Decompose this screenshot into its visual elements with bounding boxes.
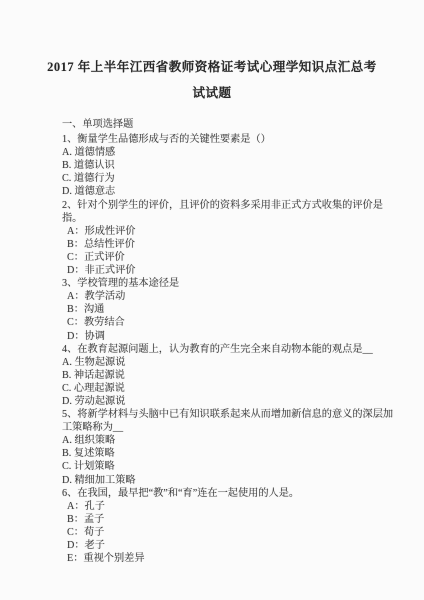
document-title: 2017 年上半年江西省教师资格证考试心理学知识点汇总考 试试题 xyxy=(0,0,424,106)
question-2-option-b: B：总结性评价 xyxy=(62,238,394,251)
question-6: 6、在我国，最早把“教”和“育”连在一起使用的人是。 A：孔子 B：孟子 C：荀… xyxy=(62,487,394,566)
question-2: 2、针对个别学生的评价，且评价的资料多采用非正式方式收集的评价是指。 A：形成性… xyxy=(62,199,394,278)
question-2-option-a: A：形成性评价 xyxy=(62,225,394,238)
question-5-option-a: A. 组织策略 xyxy=(62,434,394,447)
title-line-1: 2017 年上半年江西省教师资格证考试心理学知识点汇总考 xyxy=(0,54,424,80)
question-3: 3、学校管理的基本途径是 A：教学活动 B：沟通 C：教劳结合 D：协调 xyxy=(62,277,394,342)
question-4: 4、在教育起源问题上，认为教育的产生完全来自动物本能的观点是__ A. 生物起源… xyxy=(62,343,394,408)
question-2-option-c: C：正式评价 xyxy=(62,251,394,264)
question-1-option-a: A. 道德情感 xyxy=(62,146,394,159)
question-1-text: 1、衡量学生品德形成与否的关键性要素是（） xyxy=(62,133,394,146)
title-line-2: 试试题 xyxy=(0,80,424,106)
question-6-text: 6、在我国，最早把“教”和“育”连在一起使用的人是。 xyxy=(62,487,394,500)
question-5-text: 5、将新学材料与头脑中已有知识联系起来从而增加新信息的意义的深层加工策略称为__ xyxy=(62,408,394,434)
question-3-text: 3、学校管理的基本途径是 xyxy=(62,277,394,290)
question-6-option-a: A：孔子 xyxy=(62,500,394,513)
question-6-option-e: E：重视个别差异 xyxy=(62,552,394,565)
question-3-option-c: C：教劳结合 xyxy=(62,316,394,329)
question-3-option-b: B：沟通 xyxy=(62,303,394,316)
question-6-option-b: B：孟子 xyxy=(62,513,394,526)
question-4-option-b: B. 神话起源说 xyxy=(62,369,394,382)
question-5-option-b: B. 复述策略 xyxy=(62,447,394,460)
question-1: 1、衡量学生品德形成与否的关键性要素是（） A. 道德情感 B. 道德认识 C.… xyxy=(62,133,394,198)
question-5-option-c: C. 计划策略 xyxy=(62,460,394,473)
exam-document-page: 2017 年上半年江西省教师资格证考试心理学知识点汇总考 试试题 一、单项选择题… xyxy=(0,0,424,600)
question-2-text: 2、针对个别学生的评价，且评价的资料多采用非正式方式收集的评价是指。 xyxy=(62,199,394,225)
question-4-option-a: A. 生物起源说 xyxy=(62,356,394,369)
question-5-option-d: D. 精细加工策略 xyxy=(62,474,394,487)
question-1-option-b: B. 道德认识 xyxy=(62,159,394,172)
question-4-text: 4、在教育起源问题上，认为教育的产生完全来自动物本能的观点是__ xyxy=(62,343,394,356)
question-5: 5、将新学材料与头脑中已有知识联系起来从而增加新信息的意义的深层加工策略称为__… xyxy=(62,408,394,487)
question-1-option-d: D. 道德意志 xyxy=(62,185,394,198)
question-2-option-d: D：非正式评价 xyxy=(62,264,394,277)
question-6-option-d: D：老子 xyxy=(62,539,394,552)
question-3-option-a: A：教学活动 xyxy=(62,290,394,303)
question-3-option-d: D：协调 xyxy=(62,330,394,343)
question-list: 一、单项选择题 1、衡量学生品德形成与否的关键性要素是（） A. 道德情感 B.… xyxy=(62,118,394,565)
question-1-option-c: C. 道德行为 xyxy=(62,172,394,185)
question-4-option-d: D. 劳动起源说 xyxy=(62,395,394,408)
question-4-option-c: C. 心理起源说 xyxy=(62,382,394,395)
question-6-option-c: C：荀子 xyxy=(62,526,394,539)
section-heading: 一、单项选择题 xyxy=(62,118,394,131)
